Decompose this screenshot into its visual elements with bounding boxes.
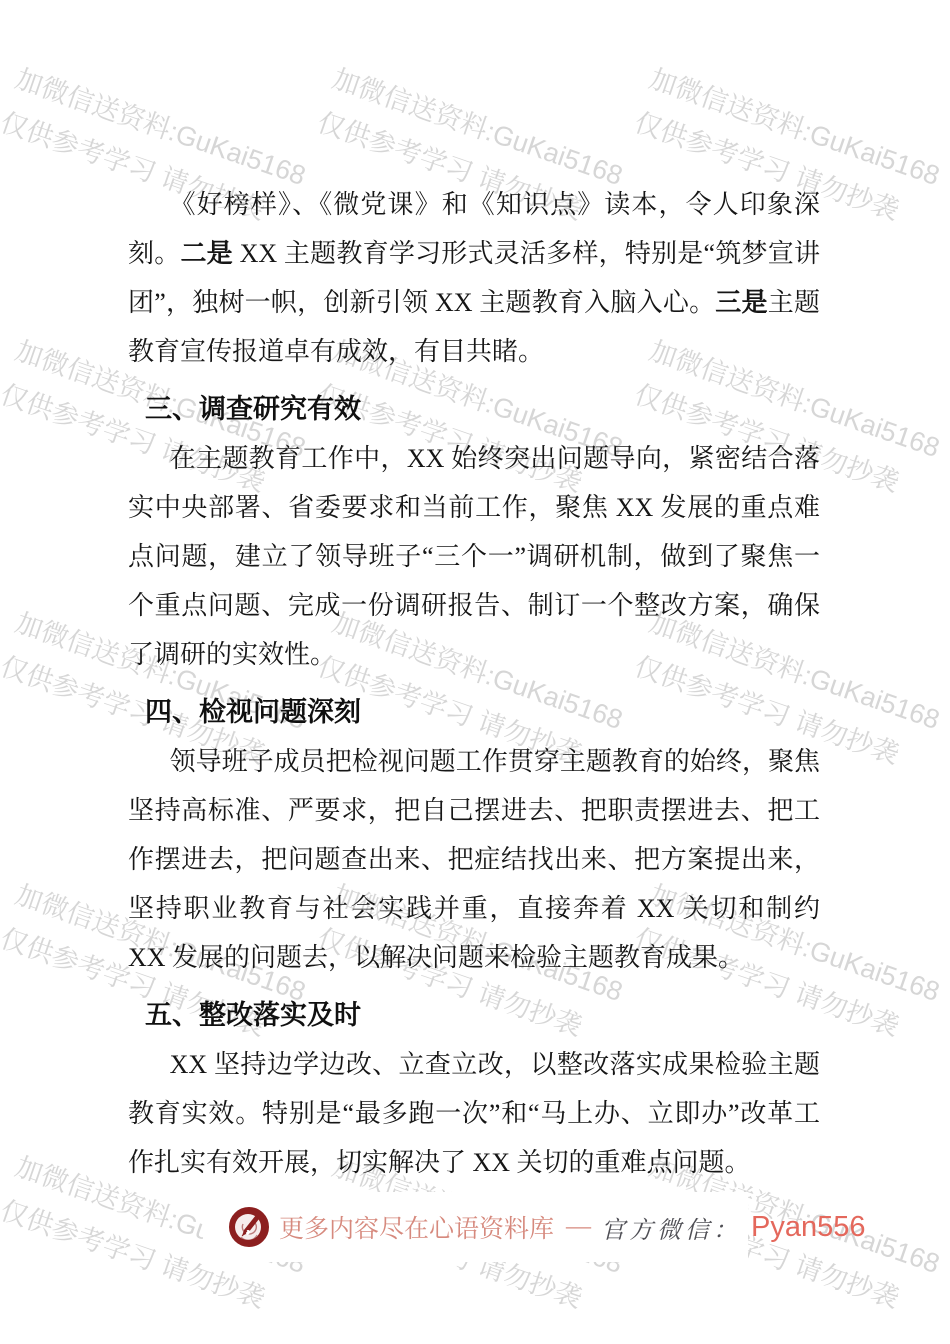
footer-wechat-label: 官方微信： xyxy=(601,1210,741,1245)
section-heading: 三、调查研究有效 xyxy=(128,385,820,434)
text-run: 四、检视问题深刻 xyxy=(145,697,361,727)
text-run: 在主题教育工作中，XX 始终突出问题导向，紧密结合落实中央部署、省委要求和当前工… xyxy=(128,444,820,669)
text-run: 五、整改落实及时 xyxy=(145,1000,361,1030)
document-page: 加微信送资料:GuKai5168仅供参考学习 请勿抄袭加微信送资料:GuKai5… xyxy=(0,0,950,1344)
footer-banner: 更多内容尽在心语资料库—官方微信： Pyan556 xyxy=(203,1192,748,1262)
section-heading: 五、整改落实及时 xyxy=(128,991,820,1040)
text-run: 三、调查研究有效 xyxy=(145,394,361,424)
document-body: 《好榜样》、《微党课》和《知识点》读本，令人印象深刻。二是 XX 主题教育学习形… xyxy=(128,0,820,1187)
paragraph: 《好榜样》、《微党课》和《知识点》读本，令人印象深刻。二是 XX 主题教育学习形… xyxy=(128,180,820,376)
footer-dash: — xyxy=(566,1213,591,1241)
paragraph: XX 坚持边学边改、立查立改，以整改落实成果检验主题教育实效。特别是“最多跑一次… xyxy=(128,1040,820,1187)
paragraph: 在主题教育工作中，XX 始终突出问题导向，紧密结合落实中央部署、省委要求和当前工… xyxy=(128,434,820,679)
text-run: XX 坚持边学边改、立查立改，以整改落实成果检验主题教育实效。特别是“最多跑一次… xyxy=(128,1050,820,1177)
text-run: 领导班子成员把检视问题工作贯穿主题教育的始终，聚焦坚持高标准、严要求，把自己摆进… xyxy=(128,747,820,972)
footer-wechat-id: Pyan556 xyxy=(751,1211,866,1244)
section-heading: 四、检视问题深刻 xyxy=(128,688,820,737)
text-run: 三是 xyxy=(715,288,767,317)
pen-nib-logo-icon xyxy=(229,1207,269,1247)
paragraph: 领导班子成员把检视问题工作贯穿主题教育的始终，聚焦坚持高标准、严要求，把自己摆进… xyxy=(128,737,820,982)
text-run: 二是 xyxy=(180,239,232,268)
footer-promo-text: 更多内容尽在心语资料库 xyxy=(279,1209,554,1245)
